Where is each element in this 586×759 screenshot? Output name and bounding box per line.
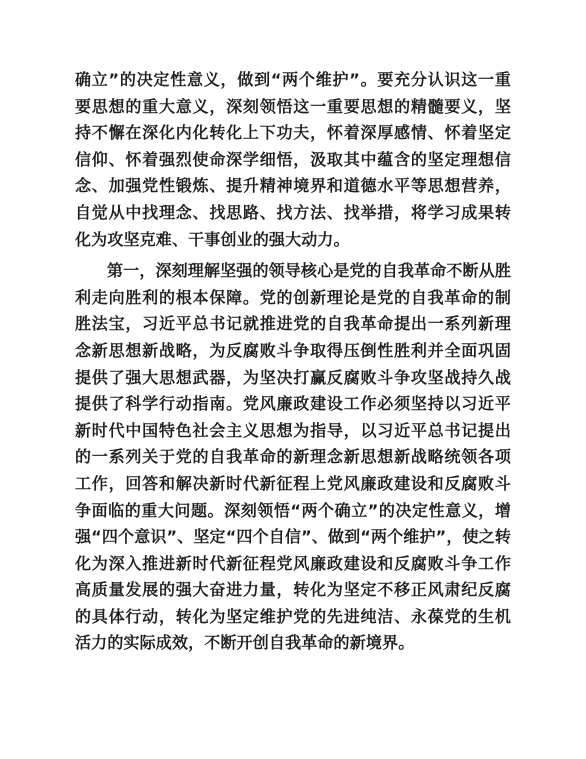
paragraph-first-point: 第一，深刻理解坚强的领导核心是党的自我革命不断从胜利走向胜利的根本保障。党的创新… — [75, 258, 511, 657]
document-page: 确立”的决定性意义，做到“两个维护”。要充分认识这一重要思想的重大意义，深刻领悟… — [0, 0, 586, 759]
paragraph-continuation: 确立”的决定性意义，做到“两个维护”。要充分认识这一重要思想的重大意义，深刻领悟… — [75, 67, 511, 253]
